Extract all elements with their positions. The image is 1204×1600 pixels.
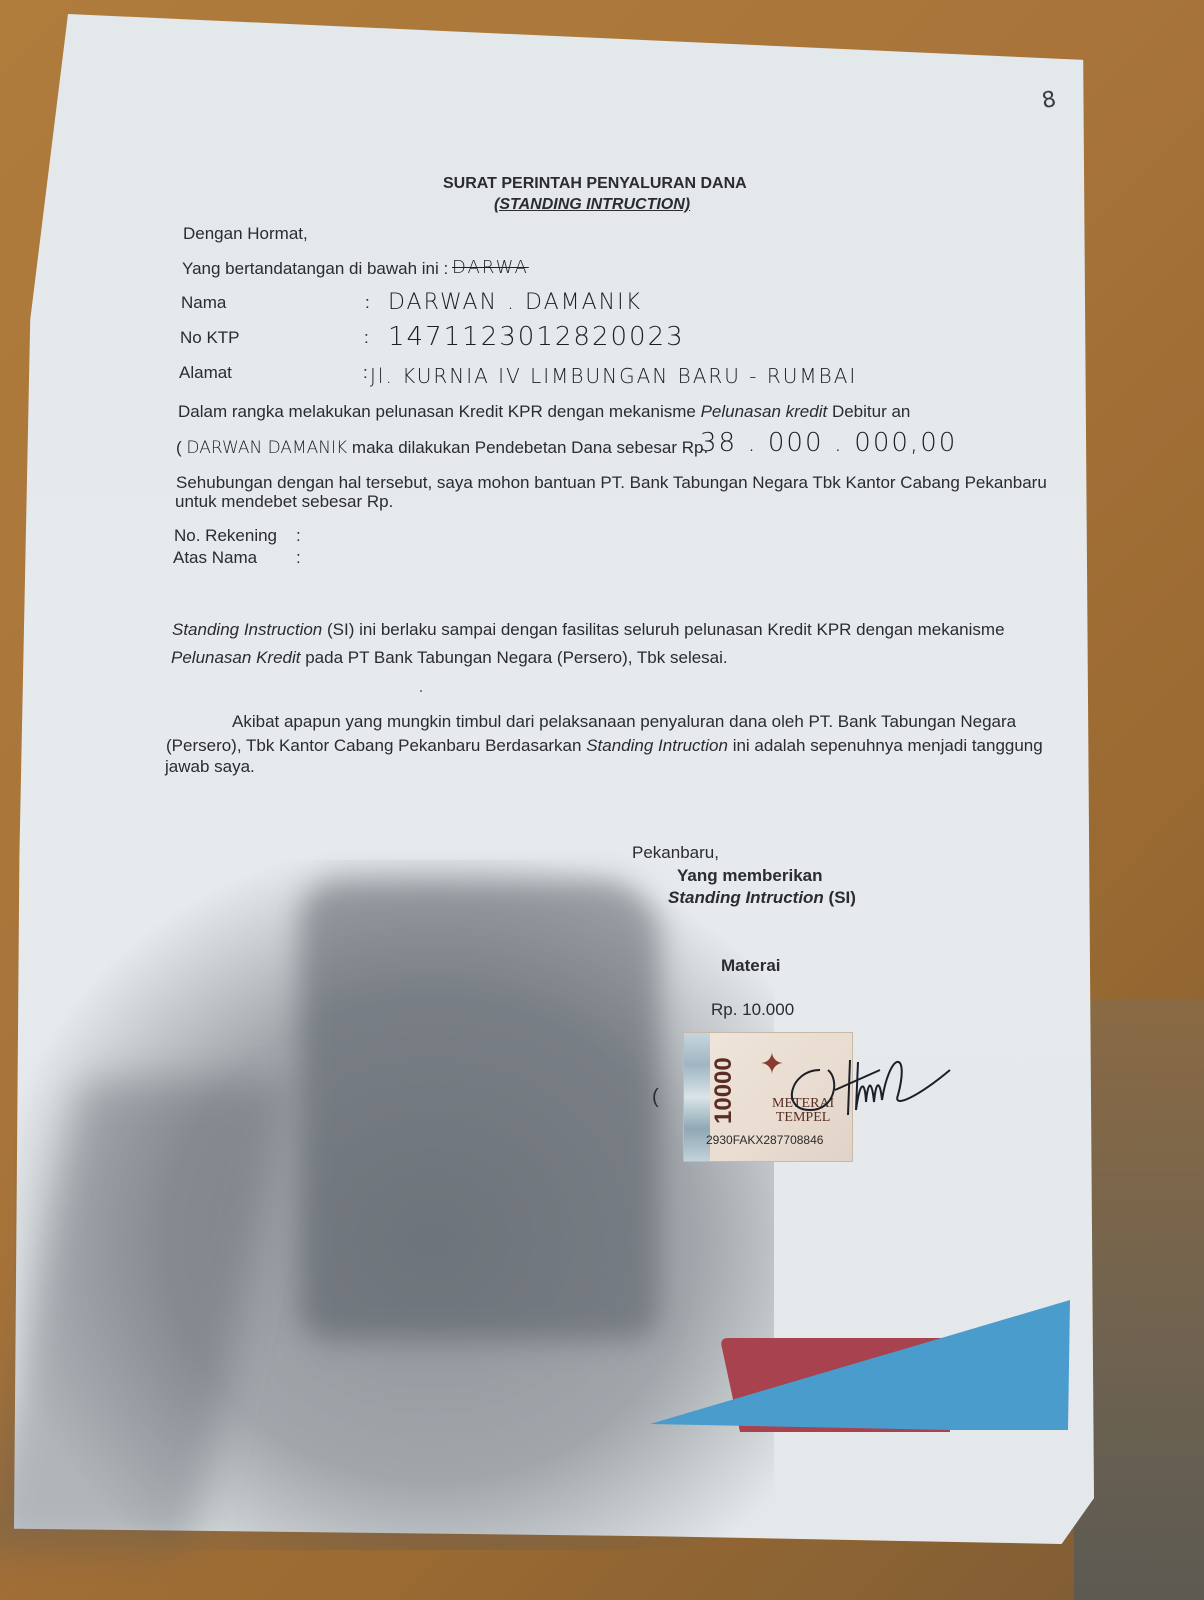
text-span: (SI) [824, 888, 856, 907]
stamp-serial: 2930FAKX287708846 [706, 1133, 823, 1147]
signature-icon [780, 1040, 960, 1120]
signature-line2: Standing Intruction (SI) [668, 888, 856, 908]
signature-open-bracket: ( [652, 1086, 659, 1109]
text-span-italic: Pelunasan Kredit [171, 648, 300, 667]
text-span: Dalam rangka melakukan pelunasan Kredit … [178, 402, 701, 421]
materai-label: Materai [721, 956, 781, 976]
request-paragraph-line2: untuk mendebet sebesar Rp. [175, 492, 393, 512]
validity-paragraph-line1: Standing Instruction (SI) ini berlaku sa… [172, 620, 1005, 640]
document-title: SURAT PERINTAH PENYALURAN DANA [443, 175, 747, 193]
account-label-rekening: No. Rekening [174, 526, 277, 546]
text-span: (SI) ini berlaku sampai dengan fasilitas… [322, 620, 1004, 639]
text-span-italic: Pelunasan kredit [701, 402, 828, 421]
table-surface [1074, 1000, 1204, 1600]
stamp-value: 10000 [710, 1043, 736, 1139]
greeting: Dengan Hormat, [183, 224, 308, 244]
debit-paragraph-line2: ( DARWAN DAMANIK maka dilakukan Pendebet… [176, 438, 708, 458]
signature-place: Pekanbaru, [632, 843, 719, 863]
text-span: Debitur an [827, 402, 910, 421]
field-value-nama: DARWAN . DAMANIK [388, 290, 642, 315]
text-span-italic: Standing Instruction [172, 620, 322, 639]
field-label-ktp: No KTP [180, 328, 240, 348]
document-subtitle: (STANDING INTRUCTION) [494, 196, 690, 214]
field-separator: : [365, 293, 370, 313]
liability-paragraph-line1: Akibat apapun yang mungkin timbul dari p… [232, 712, 1016, 732]
text-span-italic: Standing Intruction [668, 888, 824, 907]
text-span: (Persero), Tbk Kantor Cabang Pekanbaru B… [166, 736, 586, 755]
letterhead-decoration [650, 1296, 1080, 1432]
text-span: ini adalah sepenuhnya menjadi tanggung [728, 736, 1043, 755]
field-separator: : [364, 328, 369, 348]
text-span: pada PT Bank Tabungan Negara (Persero), … [300, 648, 727, 667]
field-separator: : [363, 363, 368, 383]
text-span: maka dilakukan Pendebetan Dana sebesar R… [352, 438, 708, 457]
field-value-alamat: Jl. KURNIA IV LIMBUNGAN BARU - RUMBAI [370, 364, 857, 388]
request-paragraph-line1: Sehubungan dengan hal tersebut, saya moh… [176, 473, 1047, 493]
handwritten-debtor-name: DARWAN DAMANIK [186, 438, 347, 458]
struck-handwriting: DARWA [452, 257, 529, 278]
signature-line1: Yang memberikan [677, 866, 823, 886]
validity-paragraph-line2: Pelunasan Kredit pada PT Bank Tabungan N… [171, 648, 728, 668]
debit-paragraph-line1: Dalam rangka melakukan pelunasan Kredit … [178, 402, 910, 422]
hand-shadow [300, 880, 660, 1340]
ink-speck [420, 690, 422, 692]
field-label-nama: Nama [181, 293, 226, 313]
field-label-alamat: Alamat [179, 363, 232, 383]
text-span: ( [176, 438, 182, 457]
handwritten-amount: 38 . 000 . 000,00 [700, 428, 957, 458]
field-value-ktp: 1471123012820023 [388, 322, 685, 352]
text-span-italic: Standing Intruction [586, 736, 728, 755]
liability-paragraph-line3: jawab saya. [165, 757, 255, 777]
field-separator: : [296, 548, 301, 568]
liability-paragraph-line2: (Persero), Tbk Kantor Cabang Pekanbaru B… [166, 736, 1043, 756]
intro-label: Yang bertandatangan di bawah ini : [182, 259, 448, 279]
field-separator: : [296, 526, 301, 546]
materai-value: Rp. 10.000 [711, 1000, 794, 1020]
account-label-atas-nama: Atas Nama [173, 548, 257, 568]
